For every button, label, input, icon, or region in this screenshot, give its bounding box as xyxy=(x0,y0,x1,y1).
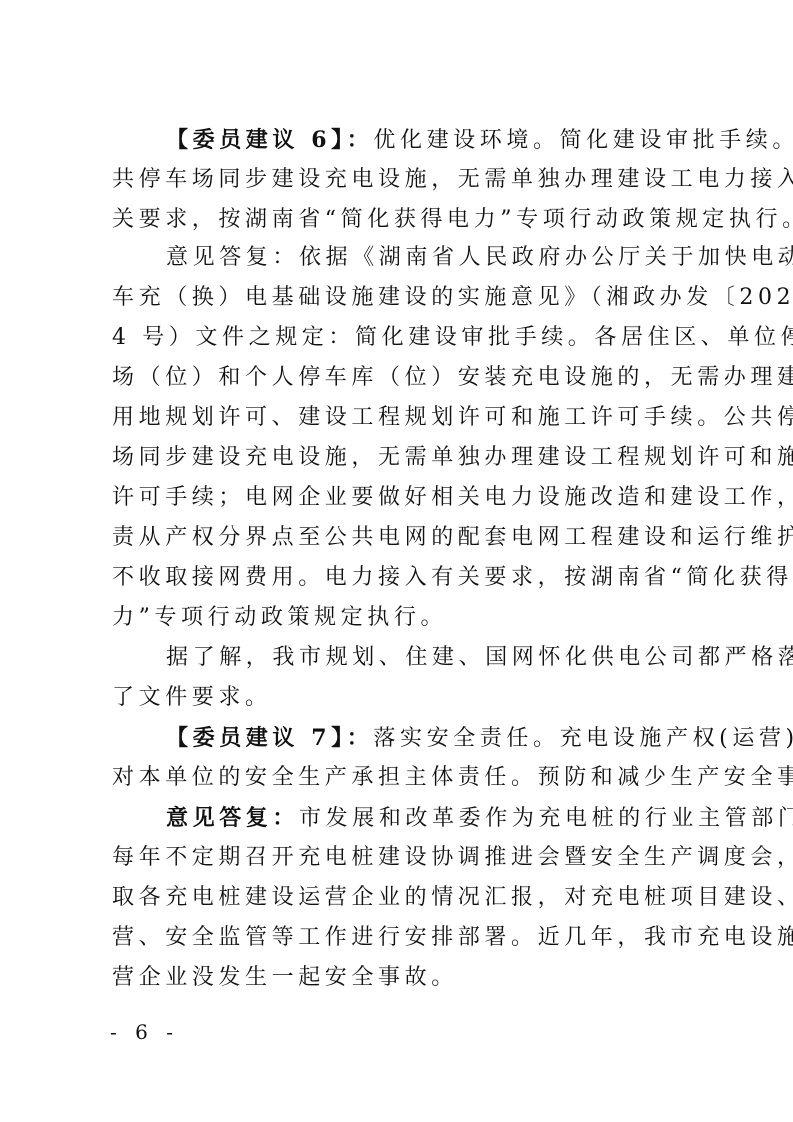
suggestion-heading: 【委员建议 7】： xyxy=(166,725,373,751)
line-text: 许可手续；电网企业要做好相关电力设施改造和建设工作，负 xyxy=(112,485,793,510)
paragraph-line: 营、安全监管等工作进行安排部署。近几年，我市充电设施运 xyxy=(112,918,692,958)
line-text: 了文件要求。 xyxy=(112,685,272,710)
paragraph-line: 许可手续；电网企业要做好相关电力设施改造和建设工作，负 xyxy=(112,478,692,518)
line-text: 关要求，按湖南省“简化获得电力”专项行动政策规定执行。 xyxy=(112,207,793,232)
paragraph-line: 不收取接网费用。电力接入有关要求，按湖南省“简化获得电 xyxy=(112,558,692,598)
line-text: 优化建设环境。简化建设审批手续。公 xyxy=(373,128,793,153)
line-text: 责从产权分界点至公共电网的配套电网工程建设和运行维护， xyxy=(112,525,793,550)
paragraph-line: 意见答复：市发展和改革委作为充电桩的行业主管部门， xyxy=(166,798,746,838)
paragraph-line: 每年不定期召开充电桩建设协调推进会暨安全生产调度会，听 xyxy=(112,838,692,878)
line-text: 意见答复：依据《湖南省人民政府办公厅关于加快电动汽 xyxy=(166,245,793,270)
line-text: 场（位）和个人停车库（位）安装充电设施的，无需办理建设 xyxy=(112,365,793,390)
paragraph-line: 了文件要求。 xyxy=(112,678,692,718)
line-text: 营、安全监管等工作进行安排部署。近几年，我市充电设施运 xyxy=(112,925,793,950)
paragraph-line: 场（位）和个人停车库（位）安装充电设施的，无需办理建设 xyxy=(112,358,692,398)
paragraph-line: 取各充电桩建设运营企业的情况汇报，对充电桩项目建设、运 xyxy=(112,878,692,918)
paragraph-line: 关要求，按湖南省“简化获得电力”专项行动政策规定执行。 xyxy=(112,200,692,240)
document-page: 【委员建议 6】：优化建设环境。简化建设审批手续。公 共停车场同步建设充电设施，… xyxy=(0,0,793,1122)
line-text: 4 号）文件之规定：简化建设审批手续。各居住区、单位停车 xyxy=(112,325,793,350)
line-text: 用地规划许可、建设工程规划许可和施工许可手续。公共停车 xyxy=(112,405,793,430)
reply-heading: 意见答复： xyxy=(166,805,299,831)
paragraph-line: 用地规划许可、建设工程规划许可和施工许可手续。公共停车 xyxy=(112,398,692,438)
line-text: 对本单位的安全生产承担主体责任。预防和减少生产安全事故。 xyxy=(112,765,793,790)
paragraph-line: 共停车场同步建设充电设施，无需单独办理建设工电力接入有 xyxy=(112,160,692,200)
line-text: 不收取接网费用。电力接入有关要求，按湖南省“简化获得电 xyxy=(112,565,793,590)
paragraph-line: 力”专项行动政策规定执行。 xyxy=(112,598,692,638)
line-text: 车充（换）电基础设施建设的实施意见》（湘政办发〔2021〕 xyxy=(112,285,793,310)
paragraph-line: 意见答复：依据《湖南省人民政府办公厅关于加快电动汽 xyxy=(166,238,746,278)
paragraph-line: 责从产权分界点至公共电网的配套电网工程建设和运行维护， xyxy=(112,518,692,558)
paragraph-line: 车充（换）电基础设施建设的实施意见》（湘政办发〔2021〕 xyxy=(112,278,692,318)
line-text: 市发展和改革委作为充电桩的行业主管部门， xyxy=(299,806,793,831)
suggestion-heading: 【委员建议 6】： xyxy=(166,127,373,153)
paragraph-line: 【委员建议 7】：落实安全责任。充电设施产权(运营)单位 xyxy=(166,718,746,758)
paragraph-line: 4 号）文件之规定：简化建设审批手续。各居住区、单位停车 xyxy=(112,318,692,358)
line-text: 每年不定期召开充电桩建设协调推进会暨安全生产调度会，听 xyxy=(112,845,793,870)
line-text: 据了解，我市规划、住建、国网怀化供电公司都严格落实 xyxy=(166,645,793,670)
line-text: 力”专项行动政策规定执行。 xyxy=(112,605,447,630)
paragraph-line: 场同步建设充电设施，无需单独办理建设工程规划许可和施工 xyxy=(112,438,692,478)
paragraph-line: 对本单位的安全生产承担主体责任。预防和减少生产安全事故。 xyxy=(112,758,692,798)
paragraph-line: 据了解，我市规划、住建、国网怀化供电公司都严格落实 xyxy=(166,638,746,678)
line-text: 营企业没发生一起安全事故。 xyxy=(112,965,458,990)
paragraph-line: 营企业没发生一起安全事故。 xyxy=(112,958,692,998)
line-text: 取各充电桩建设运营企业的情况汇报，对充电桩项目建设、运 xyxy=(112,885,793,910)
line-text: 共停车场同步建设充电设施，无需单独办理建设工电力接入有 xyxy=(112,167,793,192)
line-text: 场同步建设充电设施，无需单独办理建设工程规划许可和施工 xyxy=(112,445,793,470)
page-number: - 6 - xyxy=(110,1018,179,1046)
line-text: 落实安全责任。充电设施产权(运营)单位 xyxy=(373,726,793,751)
paragraph-line: 【委员建议 6】：优化建设环境。简化建设审批手续。公 xyxy=(166,120,746,160)
